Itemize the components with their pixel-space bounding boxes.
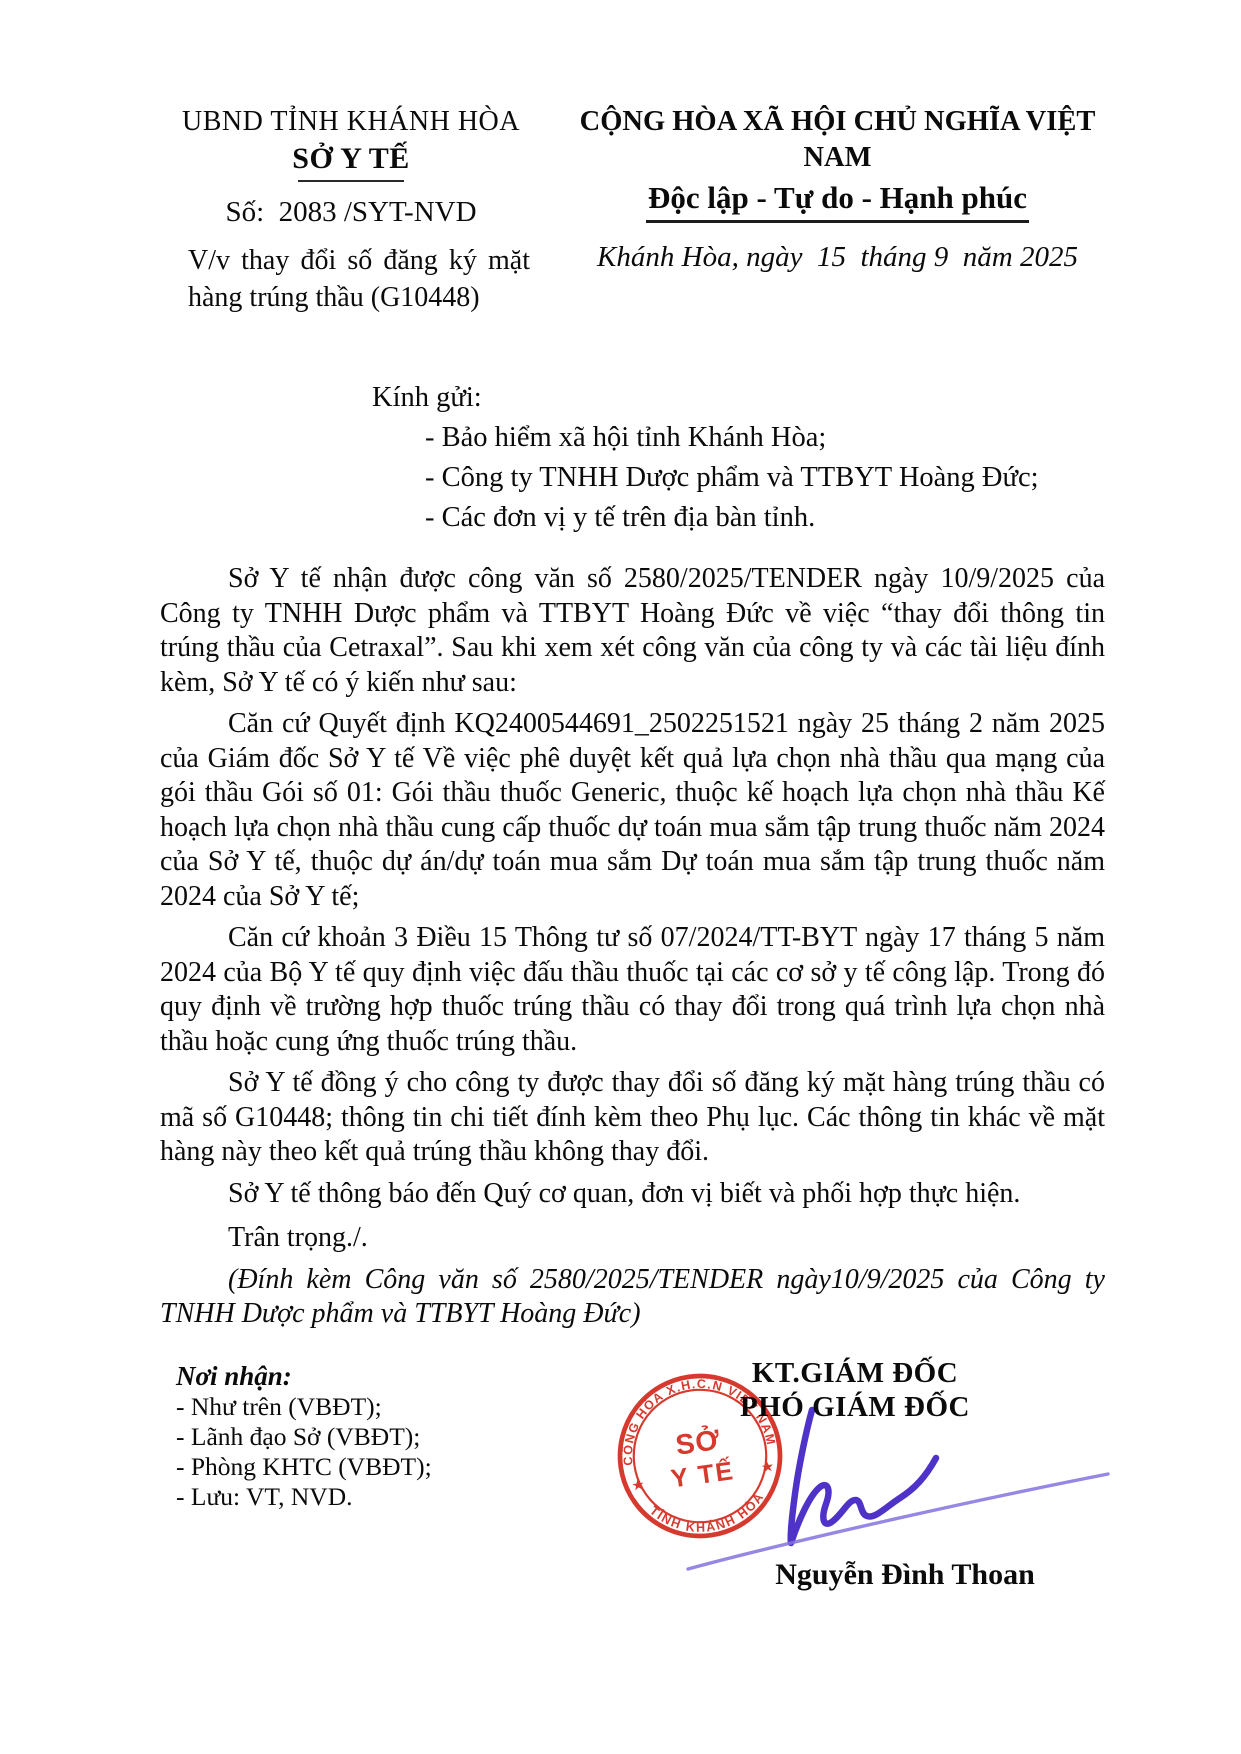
org-parent: UBND TỈNH KHÁNH HÒA — [150, 104, 552, 140]
body-paragraph: Căn cứ Quyết định KQ2400544691_250225152… — [160, 707, 1105, 914]
document-number: Số: 2083 /SYT-NVD — [150, 194, 552, 230]
body-paragraph: Sở Y tế thông báo đến Quý cơ quan, đơn v… — [160, 1177, 1105, 1212]
national-header-block: CỘNG HÒA XÃ HỘI CHỦ NGHĨA VIỆT NAM Độc l… — [552, 104, 1123, 316]
salutation-block: Kính gửi: - Bảo hiểm xã hội tỉnh Khánh H… — [372, 378, 1105, 538]
letter-footer: Nơi nhận: - Như trên (VBĐT); - Lãnh đạo … — [150, 1356, 1121, 1746]
body-paragraph: Căn cứ khoản 3 Điều 15 Thông tư số 07/20… — [160, 921, 1105, 1059]
distribution-item: - Lưu: VT, NVD. — [176, 1482, 432, 1512]
issuing-org-block: UBND TỈNH KHÁNH HÒA SỞ Y TẾ Số: 2083 /SY… — [150, 104, 552, 316]
national-motto: Độc lập - Tự do - Hạnh phúc — [552, 178, 1123, 223]
distribution-item: - Như trên (VBĐT); — [176, 1392, 432, 1422]
attachment-note: (Đính kèm Công văn số 2580/2025/TENDER n… — [160, 1263, 1105, 1332]
letter-body: Kính gửi: - Bảo hiểm xã hội tỉnh Khánh H… — [0, 378, 1241, 1332]
org-name: SỞ Y TẾ — [150, 140, 552, 178]
body-paragraphs: Sở Y tế nhận được công văn số 2580/2025/… — [160, 562, 1105, 1332]
body-paragraph: Sở Y tế đồng ý cho công ty được thay đổi… — [160, 1066, 1105, 1170]
signature-stroke — [660, 1396, 1120, 1581]
distribution-item: - Phòng KHTC (VBĐT); — [176, 1452, 432, 1482]
document-page: UBND TỈNH KHÁNH HÒA SỞ Y TẾ Số: 2083 /SY… — [0, 0, 1241, 1754]
recipient-line: - Các đơn vị y tế trên địa bàn tỉnh. — [425, 498, 1105, 538]
salutation: Kính gửi: — [372, 378, 1105, 418]
closing-line: Trân trọng./. — [160, 1221, 1105, 1256]
letter-header: UBND TỈNH KHÁNH HÒA SỞ Y TẾ Số: 2083 /SY… — [0, 0, 1241, 316]
body-paragraph: Sở Y tế nhận được công văn số 2580/2025/… — [160, 562, 1105, 700]
recipient-line: - Công ty TNHH Dược phẩm và TTBYT Hoàng … — [425, 458, 1105, 498]
distribution-item: - Lãnh đạo Sở (VBĐT); — [176, 1422, 432, 1452]
org-underline — [298, 180, 404, 182]
place-dateline: Khánh Hòa, ngày 15 tháng 9 năm 2025 — [552, 239, 1123, 275]
seal-star-left-icon: ★ — [631, 1477, 646, 1495]
recipient-line: - Bảo hiểm xã hội tỉnh Khánh Hòa; — [425, 418, 1105, 458]
signer-name: Nguyễn Đình Thoan — [690, 1558, 1120, 1592]
distribution-list: Nơi nhận: - Như trên (VBĐT); - Lãnh đạo … — [176, 1360, 432, 1512]
document-subject: V/v thay đổi số đăng ký mặt hàng trúng t… — [188, 242, 530, 316]
distribution-label: Nơi nhận: — [176, 1360, 432, 1392]
national-title: CỘNG HÒA XÃ HỘI CHỦ NGHĨA VIỆT NAM — [552, 104, 1123, 176]
